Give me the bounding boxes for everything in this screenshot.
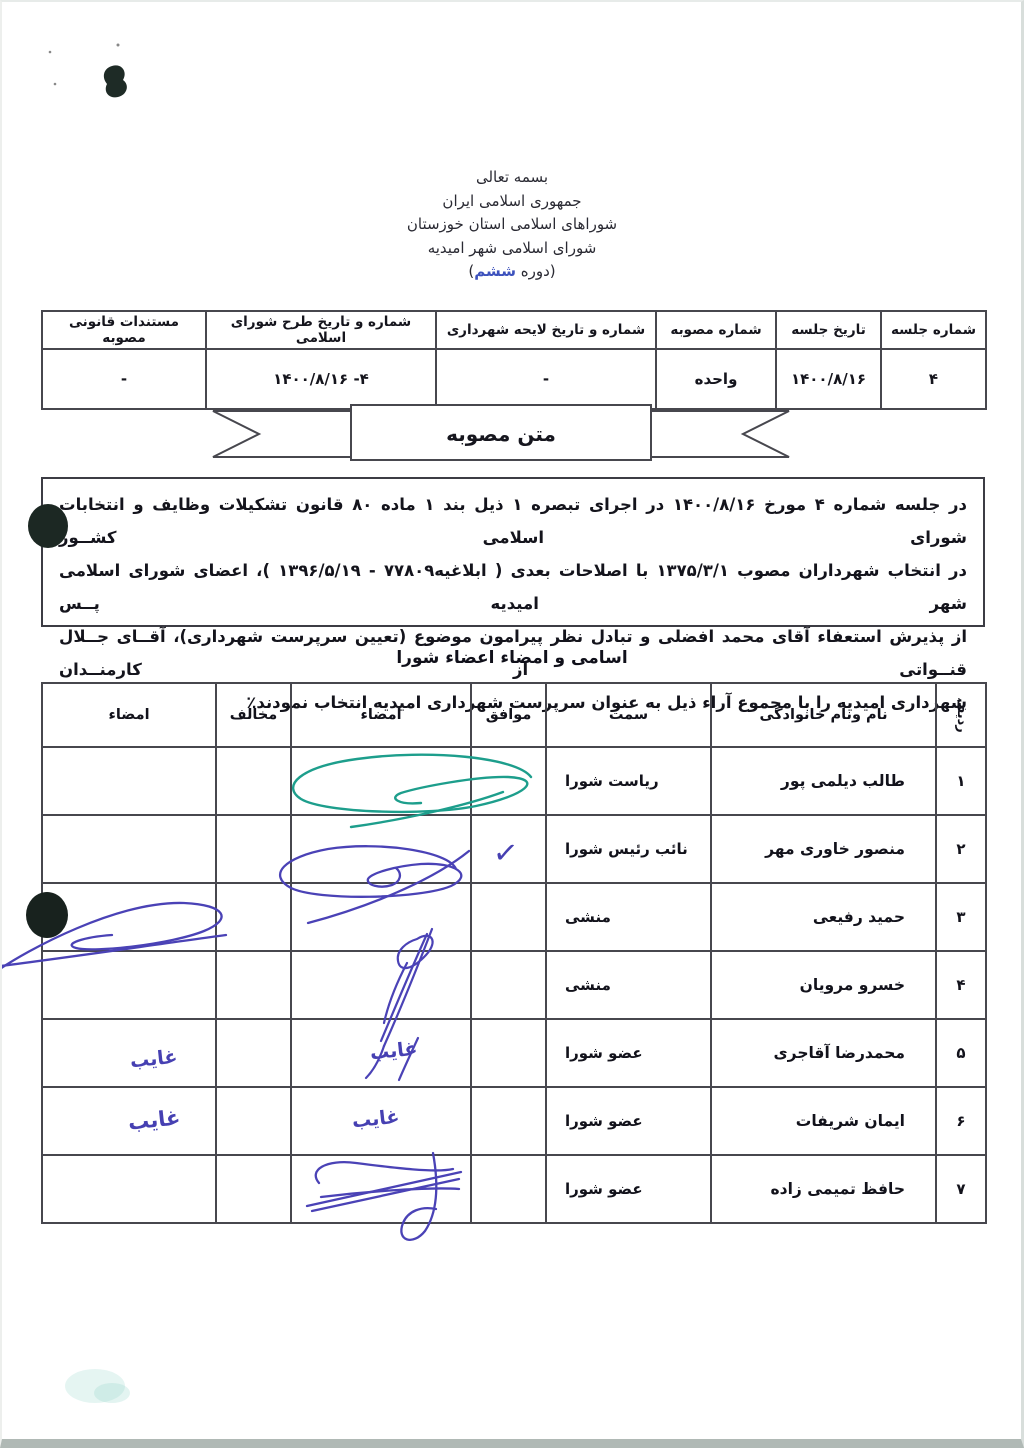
resolution-text-banner: متن مصوبه [204, 403, 798, 465]
member-no: ۷ [936, 1155, 986, 1223]
bismillah-line: بسمه تعالی [0, 166, 1024, 190]
member-no: ۶ [936, 1087, 986, 1155]
resolution-line: در جلسه شماره ۴ مورخ ۱۴۰۰/۸/۱۶ در اجرای … [59, 488, 967, 554]
signature-cell [291, 815, 471, 883]
municipality-bill-value: - [436, 349, 656, 409]
ribbon-tail-right [651, 411, 789, 457]
row-number-label: ردیف [954, 698, 969, 733]
member-row: ۷ حافظ تمیمی زاده عضو شورا [42, 1155, 986, 1223]
opposed-cell [216, 815, 291, 883]
member-name: حمید رفیعی [711, 883, 936, 951]
col-session-date: تاریخ جلسه [776, 311, 881, 349]
session-date-value: ۱۴۰۰/۸/۱۶ [776, 349, 881, 409]
council-plan-value: ۴- ۱۴۰۰/۸/۱۶ [206, 349, 436, 409]
member-role: عضو شورا [546, 1155, 711, 1223]
agree-cell [471, 951, 546, 1019]
members-header-row: ردیف نام ونام خانوادگی سمت موافق امضاء م… [42, 683, 986, 747]
city-council-line: شورای اسلامی شهر امیدیه [0, 237, 1024, 261]
agree-cell [471, 815, 546, 883]
signature2-cell [42, 1087, 216, 1155]
member-row: ۲ منصور خاوری مهر نائب رئیس شورا [42, 815, 986, 883]
col-position: سمت [546, 683, 711, 747]
agree-cell [471, 1087, 546, 1155]
col-full-name: نام ونام خانوادگی [711, 683, 936, 747]
opposed-cell [216, 883, 291, 951]
agree-cell [471, 1019, 546, 1087]
opposed-cell [216, 1155, 291, 1223]
member-role: منشی [546, 883, 711, 951]
member-role: عضو شورا [546, 1087, 711, 1155]
signature-cell [291, 951, 471, 1019]
col-agree: موافق [471, 683, 546, 747]
member-no: ۵ [936, 1019, 986, 1087]
member-no: ۱ [936, 747, 986, 815]
col-signature: امضاء [291, 683, 471, 747]
teal-smudge-bottom-left [65, 1369, 130, 1403]
member-row: ۴ خسرو مرویان منشی [42, 951, 986, 1019]
member-name: خسرو مرویان [711, 951, 936, 1019]
signature-cell [291, 883, 471, 951]
agree-cell [471, 1155, 546, 1223]
opposed-cell [216, 1019, 291, 1087]
member-name: محمدرضا آقاجری [711, 1019, 936, 1087]
country-line: جمهوری اسلامی ایران [0, 190, 1024, 214]
ink-blot-top-left [49, 44, 127, 98]
term-prefix: (دوره [516, 262, 556, 280]
session-number-value: ۴ [881, 349, 986, 409]
member-name: منصور خاوری مهر [711, 815, 936, 883]
ribbon-tail-left [213, 411, 351, 457]
col-signature-2: امضاء [42, 683, 216, 747]
member-name: طالب دیلمی پور [711, 747, 936, 815]
col-municipality-bill: شماره و تاریخ لایحه شهرداری [436, 311, 656, 349]
member-no: ۴ [936, 951, 986, 1019]
member-row: ۵ محمدرضا آقاجری عضو شورا [42, 1019, 986, 1087]
member-name: ایمان شریفات [711, 1087, 936, 1155]
col-row-number: ردیف [936, 683, 986, 747]
col-council-plan: شماره و تاریخ طرح شورای اسلامی [206, 311, 436, 349]
session-info-value-row: ۴ ۱۴۰۰/۸/۱۶ واحده - ۴- ۱۴۰۰/۸/۱۶ - [42, 349, 986, 409]
members-table-heading: اسامی و امضاء اعضاء شورا [0, 648, 1024, 668]
banner-title: متن مصوبه [351, 407, 651, 461]
signature2-cell [42, 1155, 216, 1223]
signature-cell [291, 747, 471, 815]
col-session-number: شماره جلسه [881, 311, 986, 349]
col-opposed: مخالف [216, 683, 291, 747]
resolution-line: در انتخاب شهرداران مصوب ۱۳۷۵/۳/۱ با اصلا… [59, 554, 967, 620]
col-legal-basis: مستندات قانونی مصوبه [42, 311, 206, 349]
opposed-cell [216, 747, 291, 815]
agree-cell [471, 883, 546, 951]
member-role: ریاست شورا [546, 747, 711, 815]
member-no: ۳ [936, 883, 986, 951]
member-role: عضو شورا [546, 1019, 711, 1087]
signature2-cell [42, 951, 216, 1019]
signature2-cell [42, 747, 216, 815]
province-council-line: شوراهای اسلامی استان خوزستان [0, 213, 1024, 237]
term-line: (دوره ششم) [0, 260, 1024, 284]
member-row: ۶ ایمان شریفات عضو شورا [42, 1087, 986, 1155]
signature2-cell [42, 1019, 216, 1087]
member-name: حافظ تمیمی زاده [711, 1155, 936, 1223]
resolution-number-value: واحده [656, 349, 776, 409]
members-signature-table: ردیف نام ونام خانوادگی سمت موافق امضاء م… [41, 682, 987, 1224]
scanned-council-resolution-page: { "header": { "bismillah": "بسمه تعالی",… [0, 0, 1024, 1448]
opposed-cell [216, 1087, 291, 1155]
signature2-cell [42, 883, 216, 951]
legal-basis-value: - [42, 349, 206, 409]
resolution-body: در جلسه شماره ۴ مورخ ۱۴۰۰/۸/۱۶ در اجرای … [41, 477, 985, 627]
signature2-cell [42, 815, 216, 883]
signature-cell [291, 1019, 471, 1087]
member-role: منشی [546, 951, 711, 1019]
letterhead: بسمه تعالی جمهوری اسلامی ایران شوراهای ا… [0, 166, 1024, 284]
member-no: ۲ [936, 815, 986, 883]
session-info-header-row: شماره جلسه تاریخ جلسه شماره مصوبه شماره … [42, 311, 986, 349]
term-handwritten: ششم [474, 262, 516, 280]
agree-cell [471, 747, 546, 815]
col-resolution-number: شماره مصوبه [656, 311, 776, 349]
opposed-cell [216, 951, 291, 1019]
member-row: ۱ طالب دیلمی پور ریاست شورا [42, 747, 986, 815]
member-row: ۳ حمید رفیعی منشی [42, 883, 986, 951]
signature-cell [291, 1087, 471, 1155]
member-role: نائب رئیس شورا [546, 815, 711, 883]
signature-cell [291, 1155, 471, 1223]
session-info-table: شماره جلسه تاریخ جلسه شماره مصوبه شماره … [41, 310, 987, 410]
